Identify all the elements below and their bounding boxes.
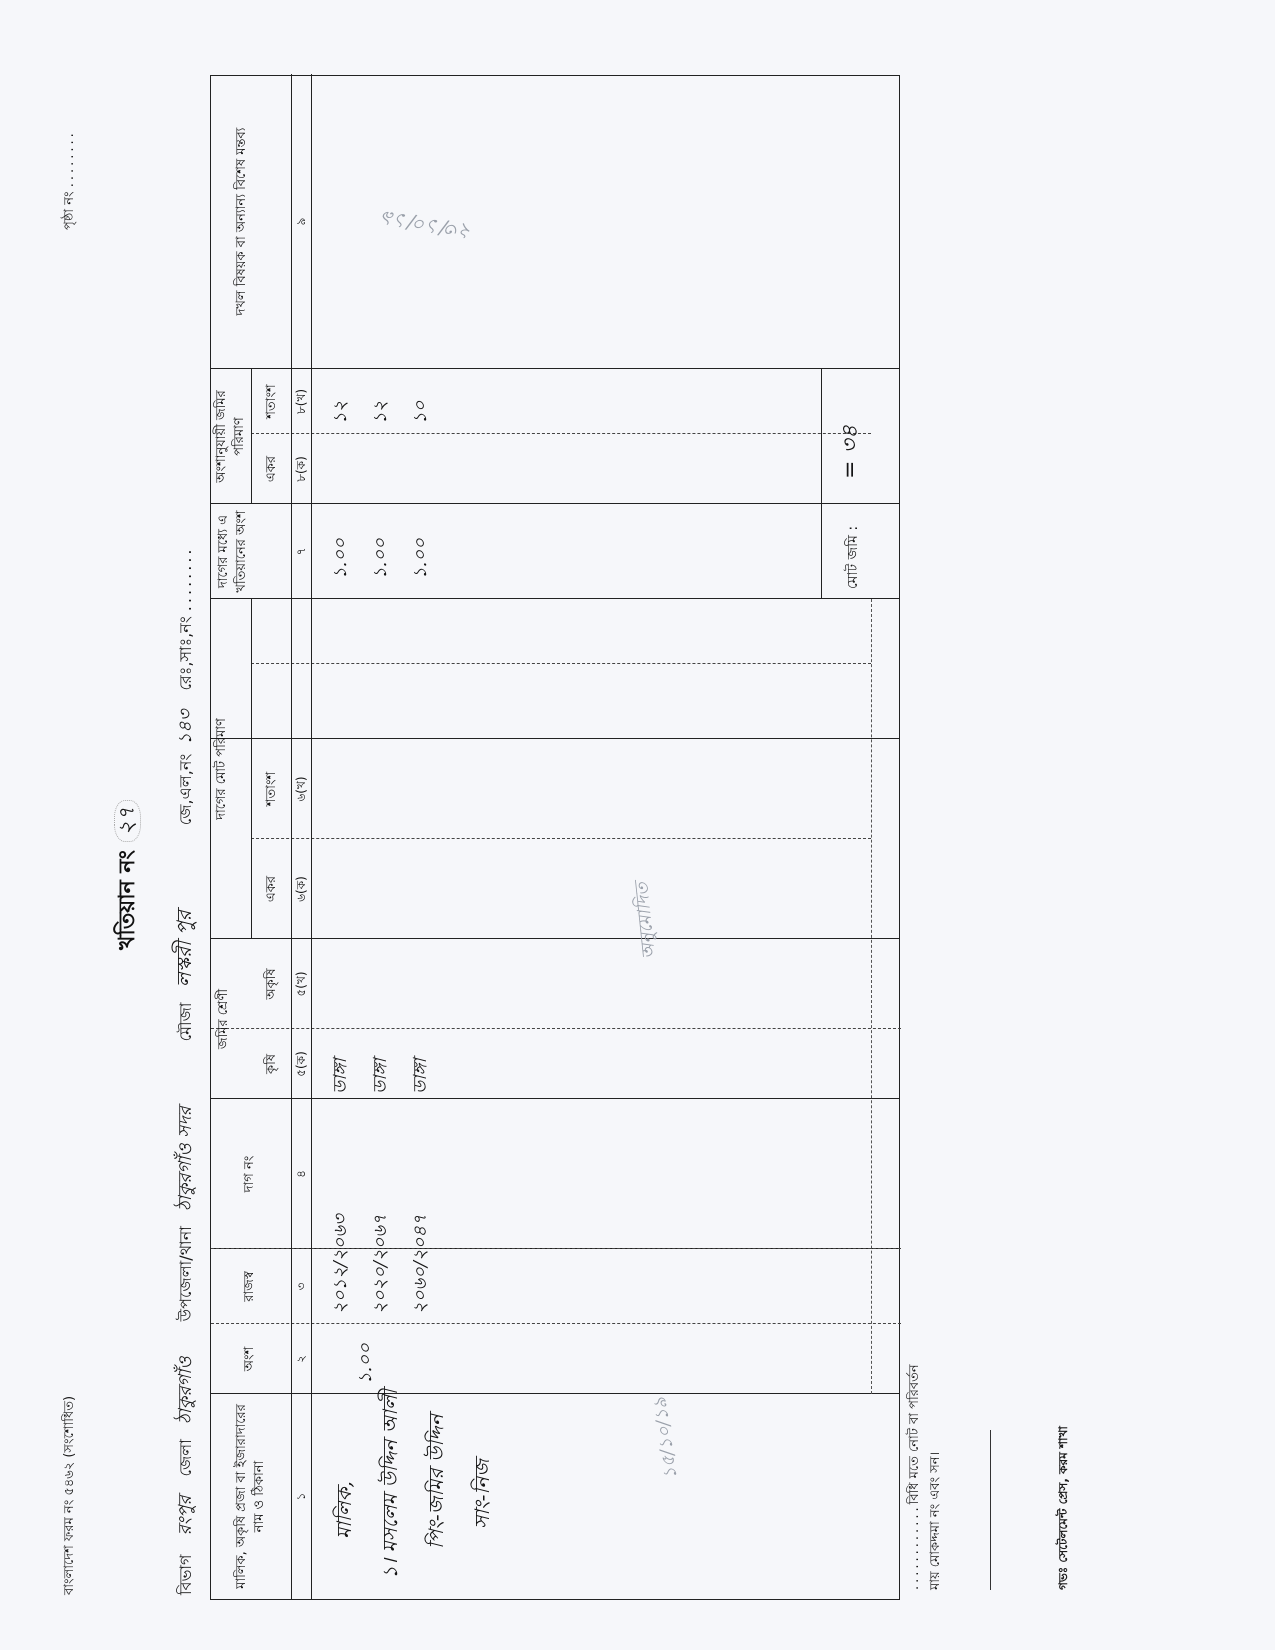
mouza-label: মৌজা (176, 1002, 195, 1041)
page-number: পৃষ্ঠা নং ........ (60, 130, 81, 230)
header-acre: একর (263, 839, 281, 939)
jl-label: জে,এল,নং (176, 754, 195, 826)
division-label: বিভাগ (176, 1554, 195, 1595)
col-number: ৮(ক) (293, 434, 313, 504)
col-number: ৫(ক) (293, 1029, 313, 1099)
khatian-document: বাংলাদেশ ফরম নং ৫৪৬২ (সংশোধিত) পৃষ্ঠা নং… (0, 0, 1275, 1650)
header-shotangsho2: শতাংশ (263, 369, 281, 434)
decimal-entry: ১২ (326, 401, 357, 424)
revenue-dag-entry: ২০১২/২০৬৩ (326, 1214, 357, 1314)
header-revenue: রাজস্ব (241, 1249, 259, 1324)
note-dots: ............ (907, 1504, 922, 1590)
note-line2: মায় মোকদ্দমা নং এবং সন। (926, 1364, 947, 1590)
header-krishi: কৃষি (263, 1029, 281, 1099)
col-number: ৩ (293, 1249, 313, 1324)
col-number: ১ (293, 1394, 313, 1599)
col-number: ৭ (293, 504, 313, 599)
upazila-value: ঠাকুরগাঁও সদর (175, 1106, 196, 1211)
total-value: = ৩৪ (833, 425, 870, 479)
col-number: ৫(খ) (293, 939, 313, 1029)
pencil-center-note: অনুমোদিত (627, 881, 666, 961)
decimal-entry: ১০ (406, 401, 437, 424)
press-credit: গভঃ সেটেলমেন্ট প্রেস, করম শাখা (1055, 1426, 1075, 1590)
mouza-value: লস্করী পুর (172, 910, 196, 987)
jl-value: ১৪৩ (175, 710, 196, 745)
col-number: ২ (293, 1324, 313, 1394)
krishi-entry: ডাঙ্গা (366, 1058, 397, 1094)
col-number: ৪ (293, 1099, 313, 1249)
pencil-owner-note: ১৫/১০/১৯ (645, 1395, 687, 1481)
khatian-share-entry: ১.০০ (366, 538, 397, 579)
khatian-number: ২৭ (114, 800, 141, 843)
header-remarks: দখল বিষয়ক বা অন্যান্য বিশেষ মন্তব্য (233, 94, 251, 349)
pencil-date-remarks: ২৩/১০/১৯ (380, 199, 476, 247)
location-line: বিভাগ রংপুর জেলা ঠাকুরগাঁও উপজেলা/থানা ঠ… (170, 75, 203, 1595)
owner-father: পিং-জমির উদ্দিন (413, 1389, 459, 1579)
khatian-table: মালিক, অকৃষি প্রজা বা ইজারাদারের নাম ও ঠ… (210, 75, 900, 1600)
owner-address: সাং-নিজ (459, 1389, 505, 1579)
col-number: ৯ (293, 94, 313, 349)
footer-note: ............বিধি মতে নোট বা পরিবর্তন মায… (905, 1364, 947, 1590)
col-number: ৮(খ) (293, 369, 313, 434)
district-label: জেলা (176, 1439, 195, 1476)
header-land-class: জমির শ্রেণী (215, 939, 233, 1099)
khatian-share-entry: ১.০০ (326, 538, 357, 579)
division-value: রংপুর (175, 1496, 196, 1536)
revenue-dag-entry: ২০৬০/২০৪৭ (406, 1214, 437, 1314)
reg-dots: ........ (176, 547, 195, 612)
header-shotangsho: শতাংশ (263, 739, 281, 839)
footer-divider (990, 1430, 991, 1590)
header-khatian-share: দাগের মধ্যে এ খতিয়ানের অংশ (215, 504, 251, 599)
title-label: খতিয়ান নং (115, 850, 140, 950)
header-share: অংশ (241, 1324, 259, 1394)
page-dots: ........ (62, 130, 77, 187)
header-owner: মালিক, অকৃষি প্রজা বা ইজারাদারের নাম ও ঠ… (233, 1394, 269, 1599)
reg-label: রেঃ,সাঃ,নং (176, 616, 195, 690)
revenue-dag-entry: ২০২০/২০৬৭ (366, 1214, 397, 1314)
header-acre2: একর (263, 434, 281, 504)
krishi-entry: ডাঙ্গা (406, 1058, 437, 1094)
header-dag-no: দাগ নং (241, 1099, 259, 1249)
page-label: পৃষ্ঠা নং (62, 191, 77, 230)
district-value: ঠাকুরগাঁও (175, 1356, 196, 1424)
header-akrishi: অকৃষি (263, 939, 281, 1029)
decimal-entry: ১২ (366, 401, 397, 424)
owner-line: মালিক, (321, 1389, 367, 1579)
khatian-share-entry: ১.০০ (406, 538, 437, 579)
owner-share: ১.০০ (351, 1343, 382, 1384)
col-number: ৬(খ) (293, 739, 313, 839)
krishi-entry: ডাঙ্গা (326, 1058, 357, 1094)
header-dag-total: দাগের মোট পরিমাণ (213, 599, 231, 939)
form-number: বাংলাদেশ ফরম নং ৫৪৬২ (সংশোধিত) (60, 1396, 81, 1595)
upazila-label: উপজেলা/থানা (176, 1226, 195, 1321)
header-share-land: অংশানুযায়ী জমির পরিমাণ (213, 369, 249, 504)
owner-entry: মালিক, ১। মসলেম উদ্দিন আলী পিং-জমির উদ্দ… (321, 1389, 505, 1579)
khatian-title: খতিয়ান নং ২৭ (110, 800, 147, 950)
total-label: মোট জমি : (841, 526, 865, 589)
owner-name: ১। মসলেম উদ্দিন আলী (367, 1389, 413, 1579)
col-number: ৬(ক) (293, 839, 313, 939)
note-line1: বিধি মতে নোট বা পরিবর্তন (907, 1364, 922, 1504)
